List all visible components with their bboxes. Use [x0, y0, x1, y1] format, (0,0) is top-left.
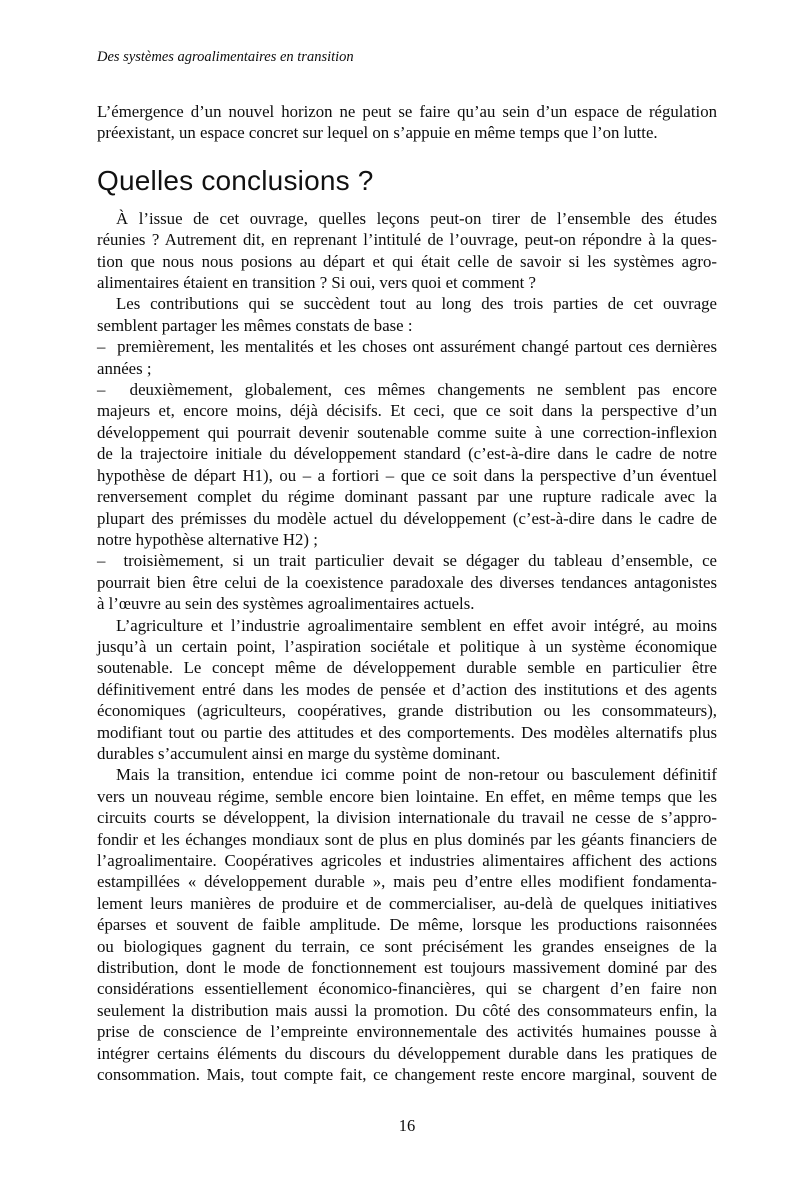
text-line: consommation. Mais, tout compte fait, ce… — [97, 1064, 717, 1085]
text-line: – deuxièmement, globalement, ces mêmes c… — [97, 379, 717, 400]
document-page: Des systèmes agroalimentaires en transit… — [0, 0, 800, 1200]
body-paragraphs: À l’issue de cet ouvrage, quelles leçons… — [97, 208, 717, 1086]
text-line: seulement la distribution mais aussi la … — [97, 1000, 717, 1021]
page-number: 16 — [97, 1116, 717, 1136]
paragraph-transition: Mais la transition, entendue ici comme p… — [97, 764, 717, 1085]
text-line: éparses et souvent de faible amplitude. … — [97, 914, 717, 935]
text-line: majeurs et, encore moins, déjà décisifs.… — [97, 400, 717, 421]
text-line: l’agroalimentaire. Coopératives agricole… — [97, 850, 717, 871]
text-line: lement leurs manières de produire et de … — [97, 893, 717, 914]
text-line: réunies ? Autrement dit, en reprenant l’… — [97, 229, 717, 250]
text-line: semblent partager les mêmes constats de … — [97, 315, 717, 336]
text-line: jusqu’à un certain point, l’aspiration s… — [97, 636, 717, 657]
text-line: à l’œuvre au sein des systèmes agroalime… — [97, 593, 717, 614]
paragraph-constats: Les contributions qui se succèdent tout … — [97, 293, 717, 614]
paragraph-intro: L’émergence d’un nouvel horizon ne peut … — [97, 101, 717, 144]
text-line: soutenable. Le concept même de développe… — [97, 657, 717, 678]
text-line: ou biologiques gagnent du terrain, ce so… — [97, 936, 717, 957]
text-line: Les contributions qui se succèdent tout … — [97, 293, 717, 314]
paragraph-agriculture: L’agriculture et l’industrie agroaliment… — [97, 615, 717, 765]
text-line: notre hypothèse alternative H2) ; — [97, 529, 717, 550]
paragraph-issue: À l’issue de cet ouvrage, quelles leçons… — [97, 208, 717, 294]
text-line: considérations essentiellement économico… — [97, 978, 717, 999]
text-line: durables s’accumulent ainsi en marge du … — [97, 743, 717, 764]
text-line: circuits courts se développent, la divis… — [97, 807, 717, 828]
text-line: estampillées « développement durable », … — [97, 871, 717, 892]
text-line: préexistant, un espace concret sur leque… — [97, 122, 717, 143]
text-line: – premièrement, les mentalités et les ch… — [97, 336, 717, 357]
running-header: Des systèmes agroalimentaires en transit… — [97, 47, 717, 67]
text-line: modifiant tout ou partie des attitudes e… — [97, 722, 717, 743]
text-line: de la trajectoire initiale du développem… — [97, 443, 717, 464]
text-line: tion que nous nous posions au départ et … — [97, 251, 717, 272]
text-line: économiques (agriculteurs, coopératives,… — [97, 700, 717, 721]
text-line: années ; — [97, 358, 717, 379]
text-line: prise de conscience de l’empreinte envir… — [97, 1021, 717, 1042]
text-line: Mais la transition, entendue ici comme p… — [97, 764, 717, 785]
text-line: vers un nouveau régime, semble encore bi… — [97, 786, 717, 807]
text-line: pourrait bien être celui de la coexisten… — [97, 572, 717, 593]
text-line: distribution, dont le mode de fonctionne… — [97, 957, 717, 978]
text-line: – troisièmement, si un trait particulier… — [97, 550, 717, 571]
text-line: renversement complet du régime dominant … — [97, 486, 717, 507]
page-content: Des systèmes agroalimentaires en transit… — [97, 0, 717, 1085]
text-line: alimentaires étaient en transition ? Si … — [97, 272, 717, 293]
text-line: fondir et les échanges mondiaux sont de … — [97, 829, 717, 850]
text-line: développement qui pourrait devenir soute… — [97, 422, 717, 443]
text-line: L’agriculture et l’industrie agroaliment… — [97, 615, 717, 636]
text-line: hypothèse de départ H1), ou – a fortiori… — [97, 465, 717, 486]
section-heading: Quelles conclusions ? — [97, 166, 717, 196]
text-line: L’émergence d’un nouvel horizon ne peut … — [97, 101, 717, 122]
text-line: intégrer certains éléments du discours d… — [97, 1043, 717, 1064]
text-line: À l’issue de cet ouvrage, quelles leçons… — [97, 208, 717, 229]
text-line: plupart des prémisses du modèle actuel d… — [97, 508, 717, 529]
text-line: définitivement entré dans les modes de p… — [97, 679, 717, 700]
